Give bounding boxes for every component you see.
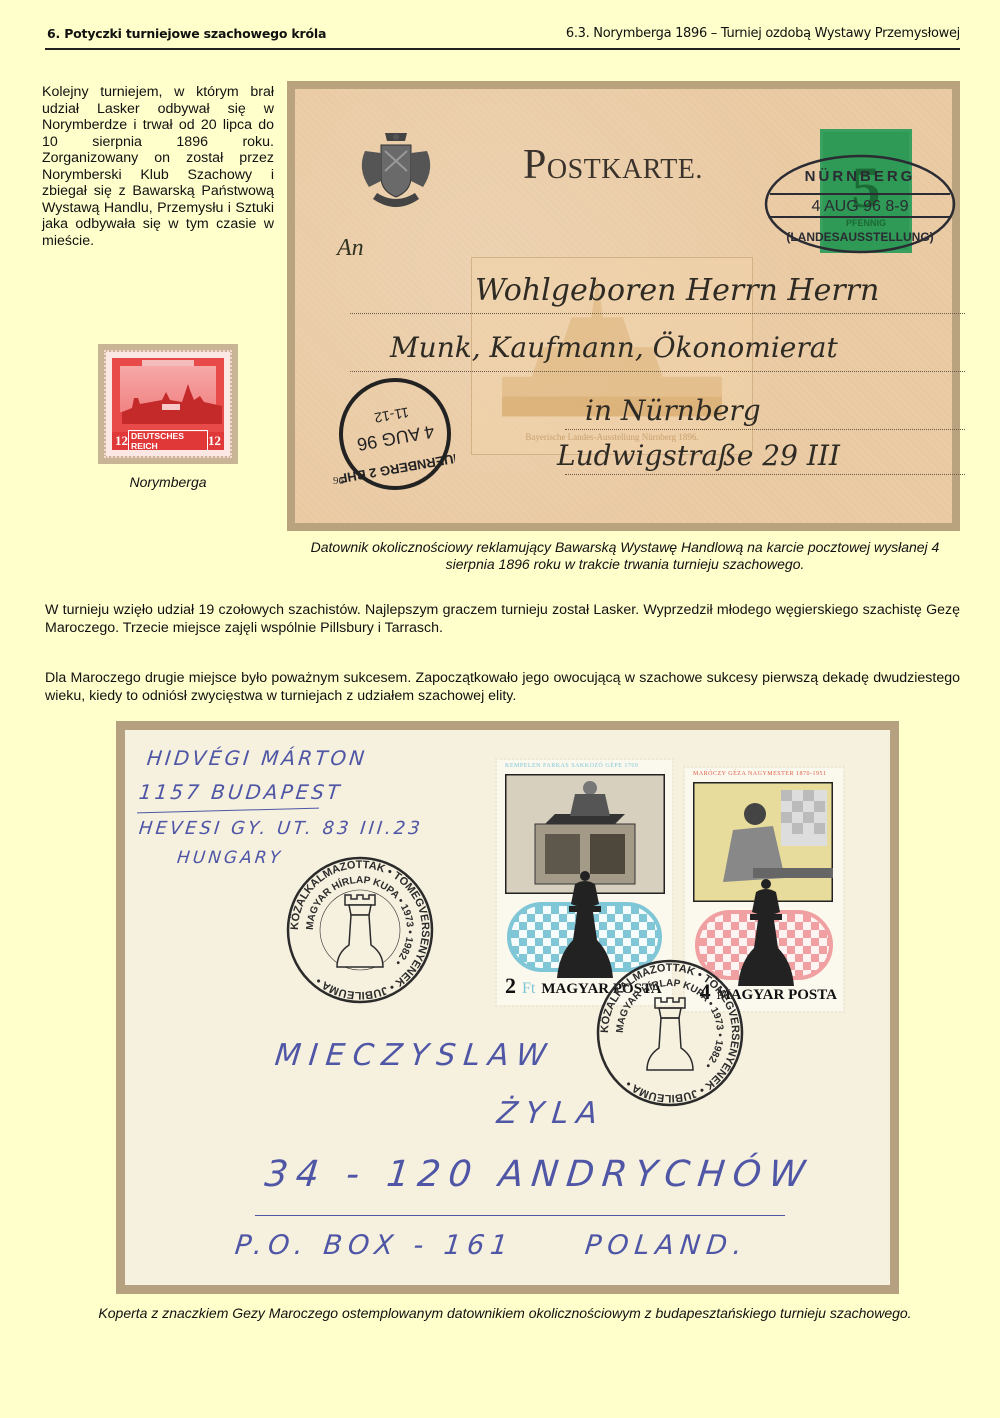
envelope-caption: Koperta z znaczkiem Gezy Maroczego ostem… — [40, 1305, 970, 1321]
address-line — [565, 474, 965, 475]
envelope-image: HIDVÉGI MÁRTON 1157 BUDAPEST HEVESI GY. … — [116, 721, 899, 1294]
sender-country: HUNGARY — [176, 848, 284, 868]
address-line — [565, 429, 965, 430]
coat-of-arms-icon — [355, 129, 437, 219]
sender-street: HEVESI GY. UT. 83 III.23 — [138, 818, 424, 839]
stamp-value-right: 12 — [208, 433, 221, 449]
recipient-underline — [255, 1215, 785, 1216]
postcard-title: POSTKARTE. — [523, 141, 703, 189]
round-postmark: NUERNBERG 2 BHF 4 AUG 96 11-12 — [335, 374, 455, 494]
postcard-image: POSTKARTE. An Bayerische Landes-Ausstell… — [287, 81, 960, 531]
stamp-value: 2 — [505, 973, 516, 999]
chess-tournament-postmark: KÖZALKALMAZOTTAK • TÖMEGVERSENYÉNEK • JU… — [285, 855, 435, 1005]
chapter-title: 6. Potyczki turniejowe szachowego króla — [47, 26, 326, 41]
sender-city: 1157 BUDAPEST — [138, 780, 344, 804]
svg-text:(LANDESAUSSTELLUNG): (LANDESAUSSTELLUNG) — [786, 230, 933, 244]
stamp-currency: Ft — [522, 980, 535, 998]
oval-postmark: 4 AUG 96 8-9 NÜRNBERG (LANDESAUSSTELLUNG… — [760, 149, 960, 259]
postcard-caption: Datownik okolicznościowy reklamujący Baw… — [290, 539, 960, 573]
chess-rook-icon — [337, 895, 383, 967]
svg-text:MAGYAR HÍRLAP KUPA • 1973 • 19: MAGYAR HÍRLAP KUPA • 1973 • 1982 • — [615, 978, 725, 1071]
stamp-country: DEUTSCHES REICH — [128, 430, 208, 450]
sender-underline — [137, 808, 319, 814]
postcard-an-label: An — [337, 235, 364, 262]
svg-text:4 AUG 96: 4 AUG 96 — [356, 421, 436, 454]
intro-paragraph: Kolejny turniejem, w którym brał udział … — [42, 84, 274, 249]
address-line — [350, 371, 965, 372]
handwritten-address-3: in Nürnberg — [585, 394, 761, 427]
stamp-value: 12 — [115, 433, 128, 449]
recipient-po-box: P.O. BOX - 161 — [233, 1230, 515, 1261]
recipient-surname: ŻYLA — [495, 1096, 607, 1131]
paragraph-tournament: W turnieju wzięło udział 19 czołowych sz… — [45, 601, 960, 637]
stamp-caption: Norymberga — [98, 474, 238, 490]
svg-text:4 AUG 96 8-9: 4 AUG 96 8-9 — [812, 198, 909, 215]
sender-name: HIDVÉGI MÁRTON — [146, 746, 369, 770]
handwritten-address-4: Ludwigstraße 29 III — [557, 439, 840, 472]
svg-text:11-12: 11-12 — [373, 404, 410, 426]
chess-rook-icon — [647, 998, 693, 1070]
paragraph-maroczy: Dla Maroczego drugie miejsce było poważn… — [45, 669, 960, 705]
handwritten-address-1: Wohlgeboren Herrn Herrn — [475, 273, 879, 308]
recipient-country: POLAND. — [583, 1230, 749, 1261]
svg-text:NÜRNBERG: NÜRNBERG — [805, 168, 916, 185]
address-line — [350, 313, 965, 314]
castle-icon — [122, 384, 222, 424]
nuremberg-stamp-image: 12 DEUTSCHES REICH 12 — [98, 344, 238, 464]
page-header: 6. Potyczki turniejowe szachowego króla … — [45, 24, 960, 50]
recipient-first-name: MIECZYSLAW — [273, 1038, 556, 1073]
svg-text:NUERNBERG 2 BHF: NUERNBERG 2 BHF — [338, 450, 455, 486]
section-title: 6.3. Norymberga 1896 – Turniej ozdobą Wy… — [566, 26, 960, 41]
handwritten-address-2: Munk, Kaufmann, Ökonomierat — [390, 331, 838, 364]
recipient-city: 34 - 120 ANDRYCHÓW — [263, 1154, 815, 1195]
chess-tournament-postmark-2: KÖZALKALMAZOTTAK • TÖMEGVERSENYÉNEK • JU… — [595, 958, 745, 1108]
